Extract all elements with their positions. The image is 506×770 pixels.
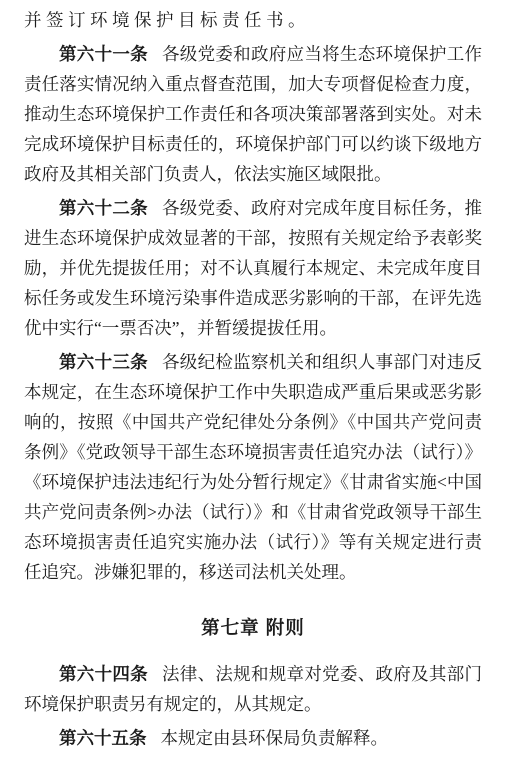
document-body: 并签订环境保护目标责任书。第六十一条各级党委和政府应当将生态环境保护工作责任落实… — [24, 5, 482, 753]
article-number: 第六十四条 — [59, 664, 148, 684]
article-number: 第六十二条 — [59, 198, 148, 218]
paragraph-continuation: 并签订环境保护目标责任书。 — [24, 5, 482, 35]
chapter-heading: 第七章 附则 — [24, 613, 482, 643]
article-number: 第六十三条 — [59, 352, 148, 372]
article-paragraph: 第六十二条各级党委、政府对完成年度目标任务，推进生态环境保护成效显著的干部，按照… — [24, 193, 482, 343]
article-number: 第六十五条 — [59, 728, 147, 748]
article-paragraph: 第六十五条本规定由县环保局负责解释。 — [24, 723, 482, 753]
document-page: 并签订环境保护目标责任书。第六十一条各级党委和政府应当将生态环境保护工作责任落实… — [0, 0, 506, 770]
article-paragraph: 第六十四条法律、法规和规章对党委、政府及其部门环境保护职责另有规定的，从其规定。 — [24, 659, 482, 719]
article-number: 第六十一条 — [59, 44, 148, 64]
article-paragraph: 第六十三条各级纪检监察机关和组织人事部门对违反本规定，在生态环境保护工作中失职造… — [24, 347, 482, 587]
article-paragraph: 第六十一条各级党委和政府应当将生态环境保护工作责任落实情况纳入重点督查范围，加大… — [24, 39, 482, 189]
